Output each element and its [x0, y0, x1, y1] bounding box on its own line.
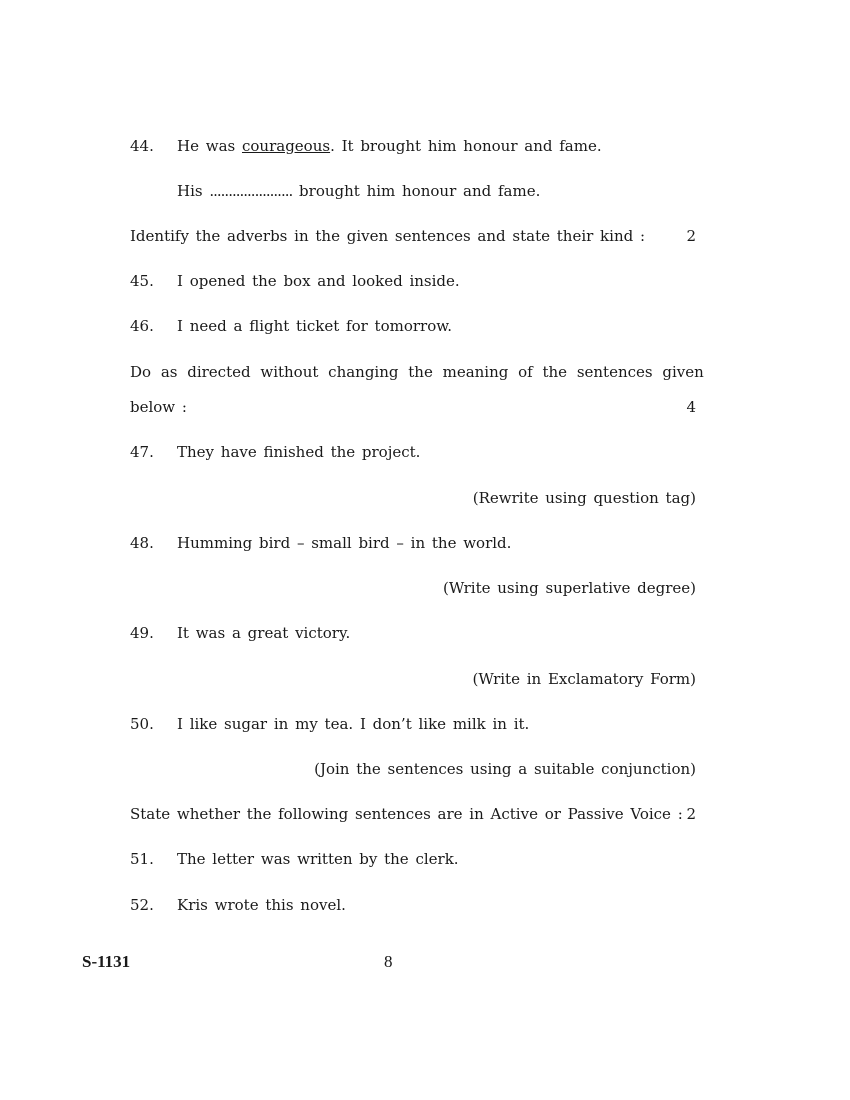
question-text: Kris wrote this novel. — [177, 895, 346, 915]
section-instruction-adverbs: Identify the adverbs in the given senten… — [130, 226, 696, 246]
question-number: 44. — [130, 136, 154, 156]
question-text: He was courageous. It brought him honour… — [177, 136, 602, 156]
question-number: 47. — [130, 442, 154, 462]
question-text: I like sugar in my tea. I don’t like mil… — [177, 714, 529, 734]
fill-in-blank-sentence: His ...................... brought him h… — [177, 181, 540, 201]
question-text: They have finished the project. — [177, 442, 420, 462]
section-instruction-voice: State whether the following sentences ar… — [130, 804, 696, 824]
question-text: The letter was written by the clerk. — [177, 849, 459, 869]
question-number: 52. — [130, 895, 154, 915]
question-49-direction: (Write in Exclamatory Form) — [130, 669, 696, 689]
question-number: 49. — [130, 623, 154, 643]
question-text: I opened the box and looked inside. — [177, 271, 460, 291]
question-text: I need a flight ticket for tomorrow. — [177, 316, 452, 336]
direction-text: (Write using superlative degree) — [443, 579, 696, 597]
question-text: Humming bird – small bird – in the world… — [177, 533, 511, 553]
instruction-text: State whether the following sentences ar… — [130, 805, 683, 823]
marks: 2 — [686, 226, 696, 246]
section-instruction-directed: Do as directed without changing the mean… — [130, 362, 696, 382]
section-instruction-directed-line2: below : 4 — [130, 397, 696, 417]
question-number: 46. — [130, 316, 154, 336]
marks: 2 — [686, 804, 696, 824]
question-number: 45. — [130, 271, 154, 291]
instruction-text: below : — [130, 398, 187, 416]
underlined-word: courageous — [242, 137, 330, 155]
instruction-text: Identify the adverbs in the given senten… — [130, 227, 645, 245]
page-number: 8 — [384, 952, 393, 972]
direction-text: (Write in Exclamatory Form) — [472, 670, 696, 688]
blank-dots: ...................... — [209, 182, 292, 200]
direction-text: (Join the sentences using a suitable con… — [314, 760, 696, 778]
question-50-direction: (Join the sentences using a suitable con… — [130, 759, 696, 779]
paper-code: S-1131 — [82, 952, 130, 972]
question-text: It was a great victory. — [177, 623, 350, 643]
question-number: 50. — [130, 714, 154, 734]
marks: 4 — [686, 397, 696, 417]
direction-text: (Rewrite using question tag) — [473, 489, 696, 507]
question-47-direction: (Rewrite using question tag) — [130, 488, 696, 508]
question-48-direction: (Write using superlative degree) — [130, 578, 696, 598]
instruction-text: Do as directed without changing the mean… — [130, 363, 704, 381]
question-number: 48. — [130, 533, 154, 553]
question-number: 51. — [130, 849, 154, 869]
